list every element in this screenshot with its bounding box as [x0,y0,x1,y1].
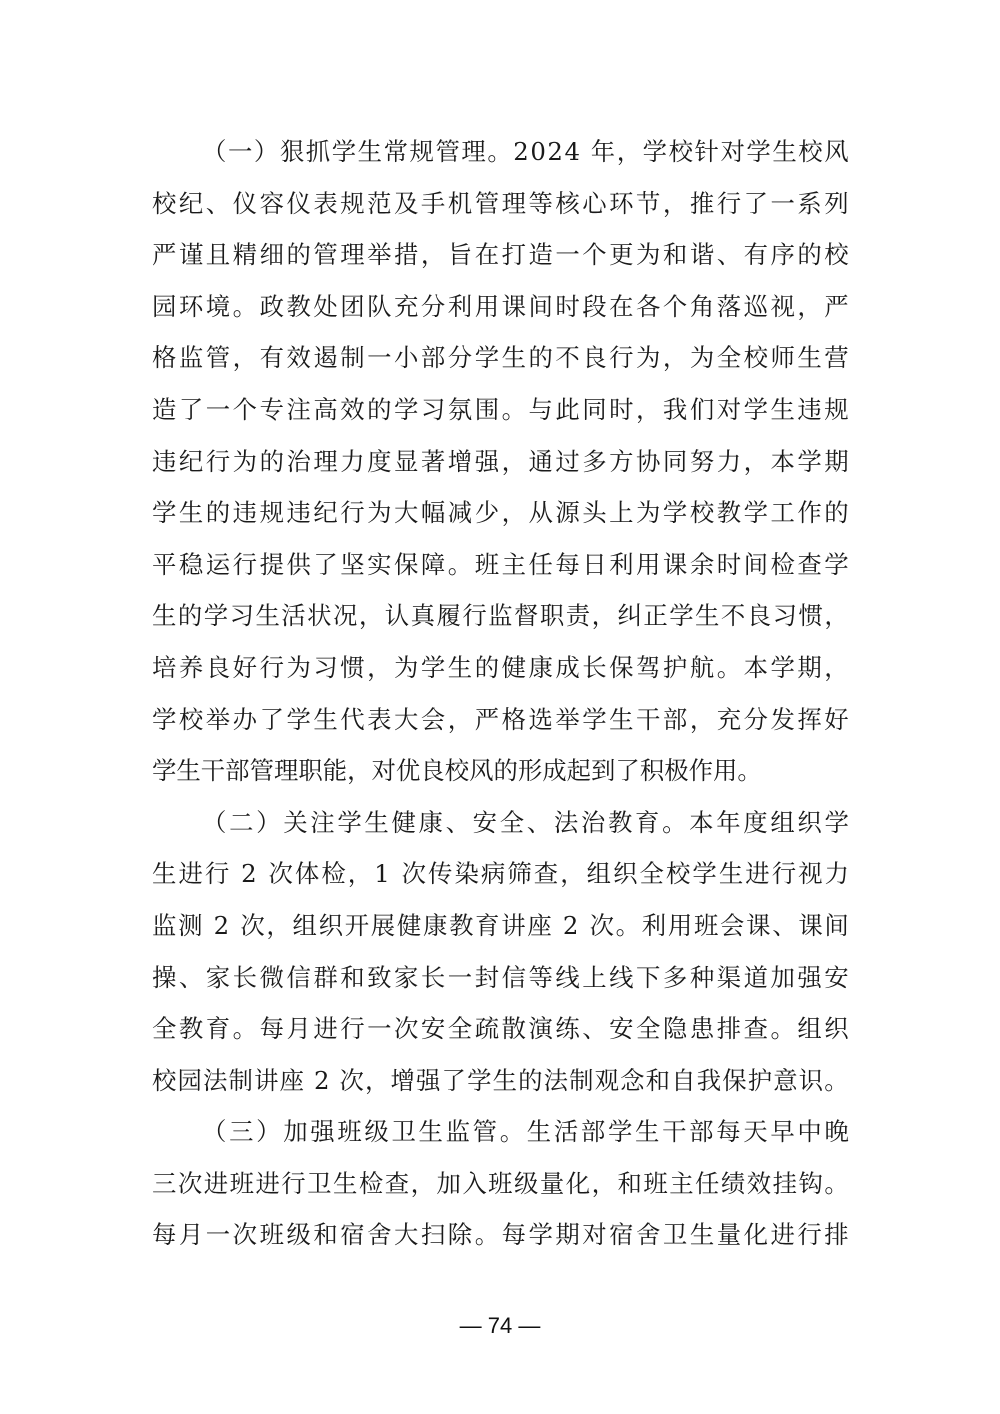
paragraph-2-line-5: 全教育。每月进行一次安全疏散演练、安全隐患排查。组织 [152,1007,849,1059]
paragraph-3-line-1: （三）加强班级卫生监管。生活部学生干部每天早中晚 [152,1110,849,1162]
paragraph-1-line-3: 严谨且精细的管理举措，旨在打造一个更为和谐、有序的校 [152,233,849,285]
paragraph-1-line-6: 造了一个专注高效的学习氛围。与此同时，我们对学生违规 [152,388,849,440]
paragraph-3-line-2: 三次进班进行卫生检查，加入班级量化，和班主任绩效挂钩。 [152,1162,849,1214]
paragraph-1-line-1: （一）狠抓学生常规管理。2024 年，学校针对学生校风 [152,130,849,182]
paragraph-3-line-3: 每月一次班级和宿舍大扫除。每学期对宿舍卫生量化进行排 [152,1213,849,1265]
paragraph-1-line-11: 培养良好行为习惯，为学生的健康成长保驾护航。本学期， [152,646,849,698]
paragraph-2-line-3: 监测 2 次，组织开展健康教育讲座 2 次。利用班会课、课间 [152,904,849,956]
paragraph-2-line-4: 操、家长微信群和致家长一封信等线上线下多种渠道加强安 [152,956,849,1008]
paragraph-1-line-10: 生的学习生活状况，认真履行监督职责，纠正学生不良习惯， [152,594,849,646]
page-number: — 74 — [0,1313,1000,1339]
paragraph-1-line-4: 园环境。政教处团队充分利用课间时段在各个角落巡视，严 [152,285,849,337]
paragraph-1-line-8: 学生的违规违纪行为大幅减少，从源头上为学校教学工作的 [152,491,849,543]
paragraph-1-line-9: 平稳运行提供了坚实保障。班主任每日利用课余时间检查学 [152,543,849,595]
paragraph-2-line-1: （二）关注学生健康、安全、法治教育。本年度组织学 [152,801,849,853]
paragraph-2-line-6: 校园法制讲座 2 次，增强了学生的法制观念和自我保护意识。 [152,1059,849,1111]
paragraph-1-line-5: 格监管，有效遏制一小部分学生的不良行为，为全校师生营 [152,336,849,388]
paragraph-1-line-7: 违纪行为的治理力度显著增强，通过多方协同努力，本学期 [152,440,849,492]
paragraph-2-line-2: 生进行 2 次体检，1 次传染病筛查，组织全校学生进行视力 [152,852,849,904]
paragraph-1-line-13: 学生干部管理职能，对优良校风的形成起到了积极作用。 [152,749,849,801]
body-text: （一）狠抓学生常规管理。2024 年，学校针对学生校风 校纪、仪容仪表规范及手机… [152,130,849,1265]
paragraph-1-line-12: 学校举办了学生代表大会，严格选举学生干部，充分发挥好 [152,698,849,750]
document-page: （一）狠抓学生常规管理。2024 年，学校针对学生校风 校纪、仪容仪表规范及手机… [0,0,1000,1414]
paragraph-1-line-2: 校纪、仪容仪表规范及手机管理等核心环节，推行了一系列 [152,182,849,234]
